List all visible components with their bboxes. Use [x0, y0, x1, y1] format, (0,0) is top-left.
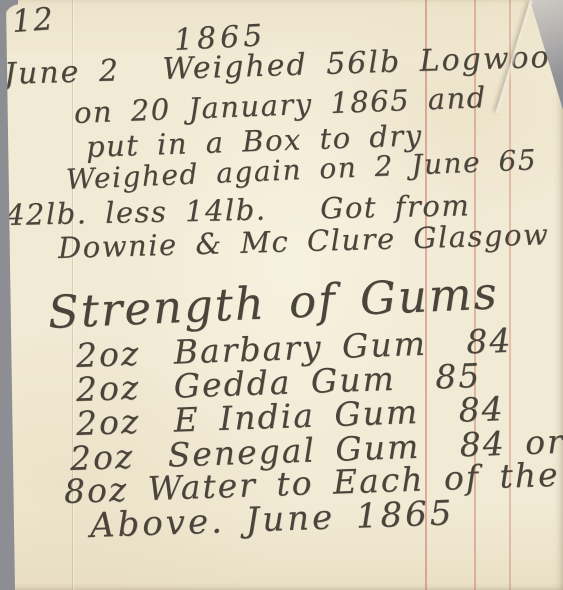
water-note-date-line: Above. June 1865 — [89, 496, 455, 543]
gums-section-heading: Strength of Gums — [47, 270, 500, 335]
red-ruling-line — [509, 0, 511, 590]
entry-date: June 2 — [3, 53, 120, 92]
worn-top-left-corner — [0, 0, 18, 18]
scanned-ledger-page: 12 1865 June 2 Weighed 56lb Logwood on 2… — [0, 0, 563, 590]
ledger-paper: 12 1865 June 2 Weighed 56lb Logwood on 2… — [0, 0, 563, 590]
torn-corner — [525, 0, 563, 110]
